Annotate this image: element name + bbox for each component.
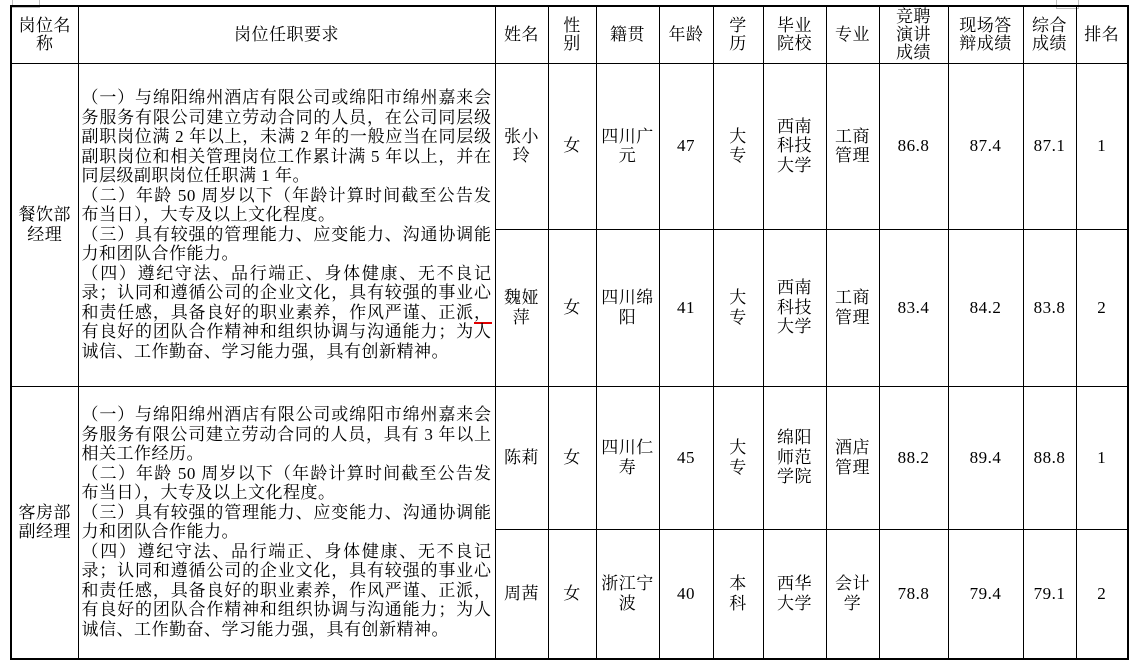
cell-hometown: 四川仁寿 bbox=[596, 386, 659, 529]
col-header-overall-score: 综合成绩 bbox=[1023, 6, 1076, 63]
cell-school: 绵阳师范学院 bbox=[763, 386, 826, 529]
cell-defense-score: 87.4 bbox=[948, 63, 1023, 229]
col-header-school: 毕业院校 bbox=[763, 6, 826, 63]
cell-rank: 1 bbox=[1076, 63, 1128, 229]
cell-major: 酒店管理 bbox=[826, 386, 879, 529]
cell-overall-score: 87.1 bbox=[1023, 63, 1076, 229]
cell-name: 周茜 bbox=[495, 529, 548, 659]
col-header-hometown: 籍贯 bbox=[596, 6, 659, 63]
cell-speech-score: 78.8 bbox=[879, 529, 948, 659]
col-header-education: 学历 bbox=[713, 6, 763, 63]
cell-name: 陈莉 bbox=[495, 386, 548, 529]
cell-position-group2: 客房部副经理 bbox=[11, 386, 78, 659]
col-header-rank: 排名 bbox=[1076, 6, 1128, 63]
col-header-requirements: 岗位任职要求 bbox=[78, 6, 495, 63]
candidate-row: 餐饮部经理 （一）与绵阳绵州酒店有限公司或绵阳市绵州嘉来会务服务有限公司建立劳动… bbox=[11, 63, 1128, 229]
requirement-item-4: （四）遵纪守法、品行端正、身体健康、无不良记录；认同和遵循公司的企业文化，具有较… bbox=[82, 264, 492, 362]
cell-rank: 2 bbox=[1076, 529, 1128, 659]
cell-gender: 女 bbox=[548, 529, 596, 659]
requirement-item-2: （二）年龄 50 周岁以下（年龄计算时间截至公告发布当日），大专及以上文化程度。 bbox=[82, 464, 492, 503]
cell-age: 40 bbox=[659, 529, 713, 659]
cell-name: 魏娅萍 bbox=[495, 229, 548, 386]
col-header-speech-score: 竞聘演讲成绩 bbox=[879, 6, 948, 63]
cell-education: 大专 bbox=[713, 386, 763, 529]
cell-age: 45 bbox=[659, 386, 713, 529]
cell-school: 西南科技大学 bbox=[763, 229, 826, 386]
candidate-row: 客房部副经理 （一）与绵阳绵州酒店有限公司或绵阳市绵州嘉来会务服务有限公司建立劳… bbox=[11, 386, 1128, 529]
cell-overall-score: 83.8 bbox=[1023, 229, 1076, 386]
cell-major: 工商管理 bbox=[826, 229, 879, 386]
cell-age: 41 bbox=[659, 229, 713, 386]
requirement-item-1: （一）与绵阳绵州酒店有限公司或绵阳市绵州嘉来会务服务有限公司建立劳动合同的人员，… bbox=[82, 405, 492, 464]
cell-education: 本科 bbox=[713, 529, 763, 659]
col-header-major: 专业 bbox=[826, 6, 879, 63]
cell-name: 张小玲 bbox=[495, 63, 548, 229]
cell-gender: 女 bbox=[548, 63, 596, 229]
requirement-item-3: （三）具有较强的管理能力、应变能力、沟通协调能力和团队合作能力。 bbox=[82, 225, 492, 264]
cell-major: 工商管理 bbox=[826, 63, 879, 229]
cell-hometown: 浙江宁波 bbox=[596, 529, 659, 659]
cell-education: 大专 bbox=[713, 63, 763, 229]
cell-rank: 1 bbox=[1076, 386, 1128, 529]
requirement-item-2: （二）年龄 50 周岁以下（年龄计算时间截至公告发布当日），大专及以上文化程度。 bbox=[82, 186, 492, 225]
recruitment-results-table[interactable]: 岗位名称 岗位任职要求 姓名 性别 籍贯 年龄 学历 毕业院校 专业 竞聘演讲成… bbox=[10, 5, 1129, 660]
cell-speech-score: 86.8 bbox=[879, 63, 948, 229]
cell-defense-score: 84.2 bbox=[948, 229, 1023, 386]
cell-speech-score: 83.4 bbox=[879, 229, 948, 386]
requirement-item-3: （三）具有较强的管理能力、应变能力、沟通协调能力和团队合作能力。 bbox=[82, 503, 492, 542]
col-header-gender: 性别 bbox=[548, 6, 596, 63]
col-header-position-name: 岗位名称 bbox=[11, 6, 78, 63]
cell-defense-score: 89.4 bbox=[948, 386, 1023, 529]
cell-school: 西南科技大学 bbox=[763, 63, 826, 229]
cell-requirements-group1: （一）与绵阳绵州酒店有限公司或绵阳市绵州嘉来会务服务有限公司建立劳动合同的人员，… bbox=[78, 63, 495, 386]
requirement-item-4: （四）遵纪守法、品行端正、身体健康、无不良记录；认同和遵循公司的企业文化，具有较… bbox=[82, 542, 492, 640]
cell-gender: 女 bbox=[548, 386, 596, 529]
cell-speech-score: 88.2 bbox=[879, 386, 948, 529]
col-header-defense-score: 现场答辩成绩 bbox=[948, 6, 1023, 63]
cell-age: 47 bbox=[659, 63, 713, 229]
cell-major: 会计学 bbox=[826, 529, 879, 659]
cell-requirements-group2: （一）与绵阳绵州酒店有限公司或绵阳市绵州嘉来会务服务有限公司建立劳动合同的人员，… bbox=[78, 386, 495, 659]
cell-position-group1: 餐饮部经理 bbox=[11, 63, 78, 386]
requirement-item-1: （一）与绵阳绵州酒店有限公司或绵阳市绵州嘉来会务服务有限公司建立劳动合同的人员，… bbox=[82, 88, 492, 186]
cell-rank: 2 bbox=[1076, 229, 1128, 386]
proofing-underline-mark: ， bbox=[474, 303, 492, 324]
col-header-name: 姓名 bbox=[495, 6, 548, 63]
col-header-age: 年龄 bbox=[659, 6, 713, 63]
cell-school: 西华大学 bbox=[763, 529, 826, 659]
cell-hometown: 四川绵阳 bbox=[596, 229, 659, 386]
cell-education: 大专 bbox=[713, 229, 763, 386]
cell-overall-score: 88.8 bbox=[1023, 386, 1076, 529]
requirement-4-after: 有良好的团队合作精神和组织协调与沟通能力；为人诚信、工作勤奋、学习能力强，具有创… bbox=[82, 322, 492, 361]
requirement-4-before: （四）遵纪守法、品行端正、身体健康、无不良记录；认同和遵循公司的企业文化，具有较… bbox=[82, 264, 492, 322]
cell-defense-score: 79.4 bbox=[948, 529, 1023, 659]
cell-hometown: 四川广元 bbox=[596, 63, 659, 229]
cell-gender: 女 bbox=[548, 229, 596, 386]
header-row: 岗位名称 岗位任职要求 姓名 性别 籍贯 年龄 学历 毕业院校 专业 竞聘演讲成… bbox=[11, 6, 1128, 63]
cell-overall-score: 79.1 bbox=[1023, 529, 1076, 659]
